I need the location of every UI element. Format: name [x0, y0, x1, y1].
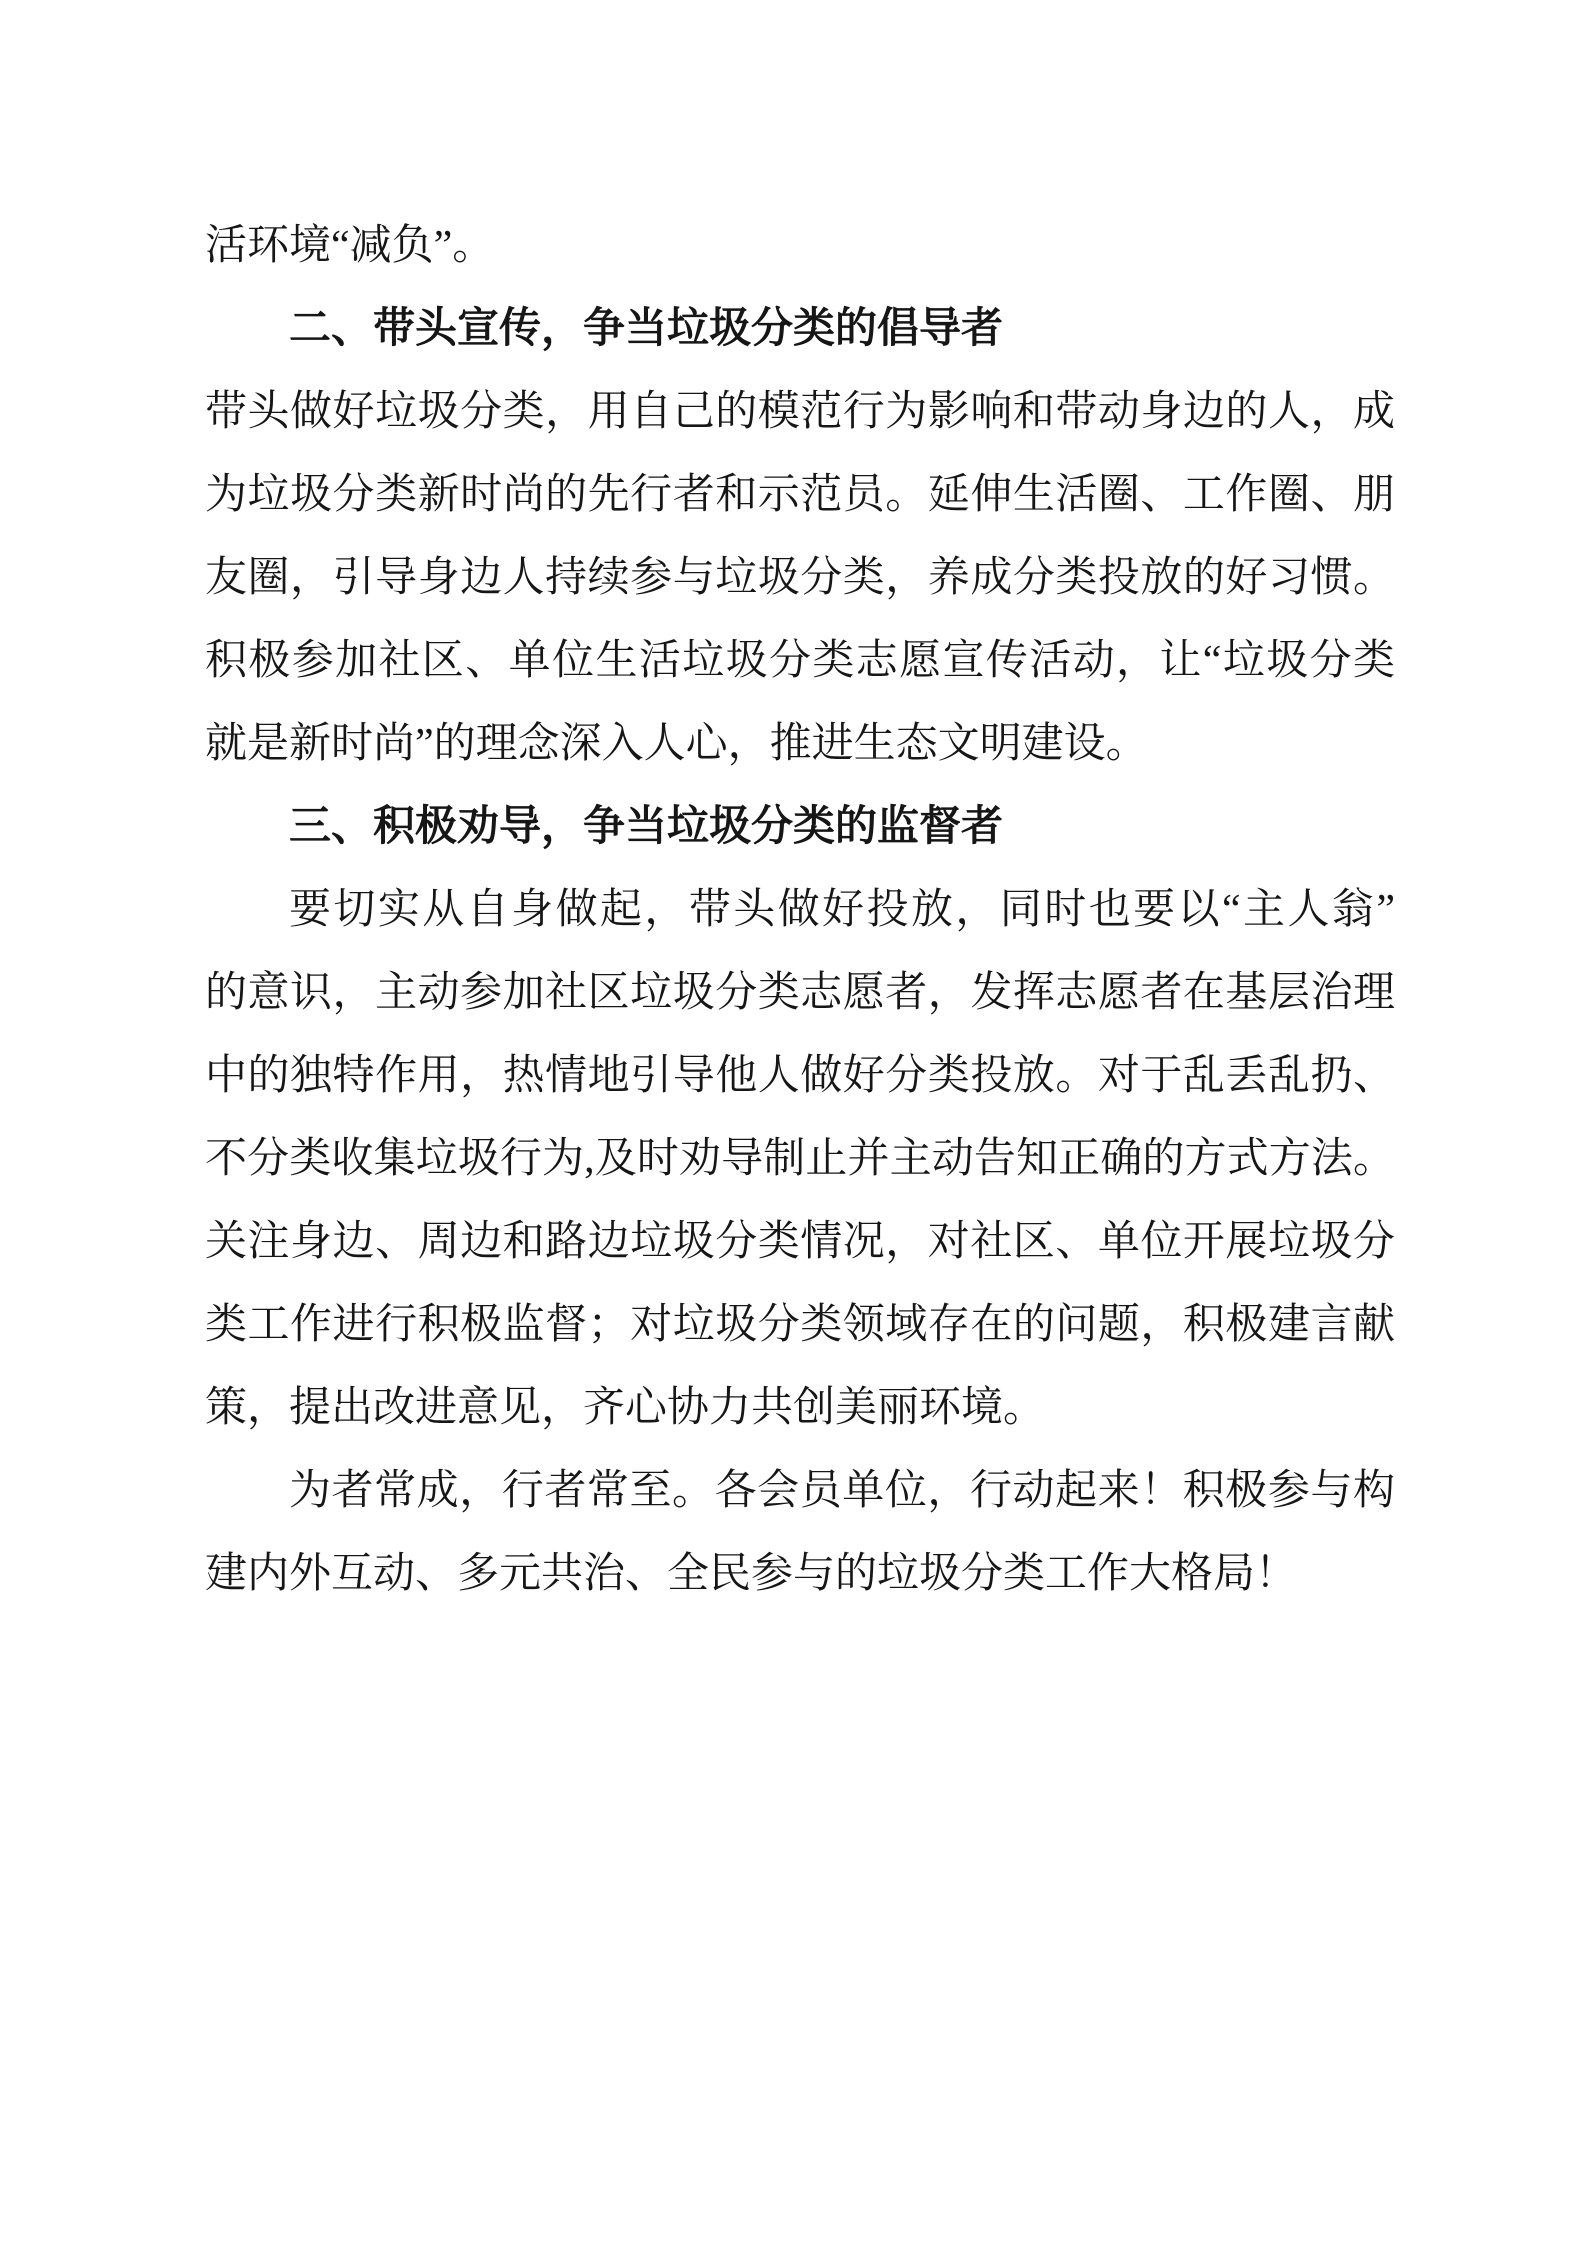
- paragraph-first-line: 为者常成，行者常至。各会员单位，行动起来！积极参与构: [205, 1450, 1395, 1533]
- paragraph-line: 关注身边、周边和路边垃圾分类情况，对社区、单位开展垃圾分: [205, 1201, 1395, 1284]
- paragraph-line: 积极参加社区、单位生活垃圾分类志愿宣传活动，让“垃圾分类: [205, 620, 1395, 703]
- paragraph-line: 类工作进行积极监督；对垃圾分类领域存在的问题，积极建言献: [205, 1284, 1395, 1367]
- paragraph-end-line: 策，提出改进意见，齐心协力共创美丽环境。: [205, 1367, 1395, 1450]
- section-heading-2: 二、带头宣传，争当垃圾分类的倡导者: [205, 288, 1395, 371]
- section-heading-3: 三、积极劝导，争当垃圾分类的监督者: [205, 786, 1395, 869]
- paragraph-line: 友圈，引导身边人持续参与垃圾分类，养成分类投放的好习惯。: [205, 537, 1395, 620]
- document-page: 活环境“减负”。 二、带头宣传，争当垃圾分类的倡导者 带头做好垃圾分类，用自己的…: [0, 0, 1588, 2245]
- paragraph-first-line: 要切实从自身做起，带头做好投放，同时也要以“主人翁”: [205, 869, 1395, 952]
- document-text-block: 活环境“减负”。 二、带头宣传，争当垃圾分类的倡导者 带头做好垃圾分类，用自己的…: [205, 205, 1395, 1616]
- paragraph-line: 中的独特作用，热情地引导他人做好分类投放。对于乱丢乱扔、: [205, 1035, 1395, 1118]
- paragraph-tail-line: 活环境“减负”。: [205, 205, 1395, 288]
- paragraph-end-line: 建内外互动、多元共治、全民参与的垃圾分类工作大格局！: [205, 1533, 1395, 1616]
- paragraph-line: 为垃圾分类新时尚的先行者和示范员。延伸生活圈、工作圈、朋: [205, 454, 1395, 537]
- paragraph-line: 带头做好垃圾分类，用自己的模范行为影响和带动身边的人，成: [205, 371, 1395, 454]
- paragraph-line: 不分类收集垃圾行为,及时劝导制止并主动告知正确的方式方法。: [205, 1118, 1395, 1201]
- paragraph-line: 的意识，主动参加社区垃圾分类志愿者，发挥志愿者在基层治理: [205, 952, 1395, 1035]
- paragraph-end-line: 就是新时尚”的理念深入人心，推进生态文明建设。: [205, 703, 1395, 786]
